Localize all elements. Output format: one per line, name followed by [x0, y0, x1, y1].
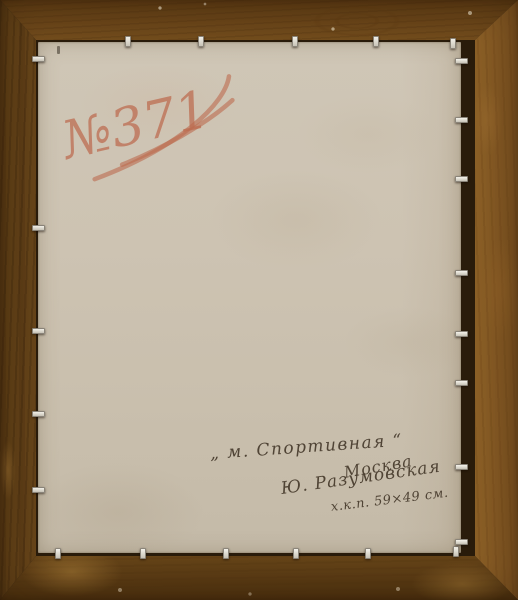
metal-clip: [365, 548, 371, 559]
metal-clip: [140, 548, 146, 559]
painting-back-photo: №371 „ м. Спортивная “ Москва Ю. Разумов…: [0, 0, 518, 600]
metal-clip: [55, 548, 61, 559]
canvas-backing-board: №371 „ м. Спортивная “ Москва Ю. Разумов…: [38, 42, 461, 553]
metal-clip: [455, 117, 468, 123]
metal-clip: [125, 36, 131, 47]
metal-clip: [373, 36, 379, 47]
metal-clip: [455, 464, 468, 470]
metal-clip: [293, 548, 299, 559]
metal-clip: [455, 176, 468, 182]
metal-clip: [455, 380, 468, 386]
metal-clip: [32, 411, 45, 417]
metal-clip: [455, 331, 468, 337]
metal-clip: [32, 487, 45, 493]
metal-clip: [198, 36, 204, 47]
metal-clip: [450, 38, 456, 49]
metal-clip: [455, 58, 468, 64]
metal-clip: [455, 539, 468, 545]
metal-clip: [32, 225, 45, 231]
inscription-medium-size: х.к.п. 59×49 см.: [330, 486, 449, 515]
metal-clip: [32, 56, 45, 62]
metal-clip: [453, 546, 459, 557]
metal-clip: [223, 548, 229, 559]
red-inventory-number: №371: [50, 56, 260, 176]
metal-clip: [292, 36, 298, 47]
metal-clip: [32, 328, 45, 334]
pencil-mark: [57, 46, 60, 54]
metal-clip: [455, 270, 468, 276]
